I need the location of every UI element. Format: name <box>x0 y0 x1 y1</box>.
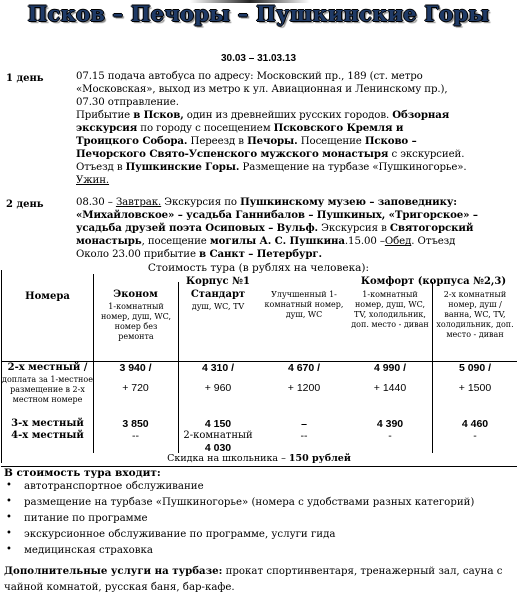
price-cell: 5 090 / <box>436 363 514 373</box>
price-cell: + 1200 <box>262 383 346 393</box>
day-2-program: 08.30 – Завтрак. Экскурсия по Пушкинском… <box>76 196 512 261</box>
bullet-icon: • <box>6 480 12 491</box>
day-1-label: 1 день <box>6 73 44 84</box>
day-2-label: 2 день <box>6 199 44 210</box>
program-line: Печорского Свято-Успенского мужского мон… <box>76 148 512 161</box>
row-label-quad: 4-х местный <box>2 431 93 441</box>
program-text: в Псков, <box>133 109 183 121</box>
pricing-title: Стоимость тура (в рублях на человека): <box>0 262 517 274</box>
included-item-text: размещение на турбазе «Пушкиногорье» (но… <box>24 497 474 508</box>
standard-desc: душ, WC, TV <box>178 302 258 312</box>
program-text: по городу с посещением <box>137 123 274 134</box>
program-line: усадьба друзей поэта Осиповых – Вульф. Э… <box>76 222 512 235</box>
price-cell: 4 030 <box>178 443 258 453</box>
included-item-text: автотранспортное обслуживание <box>24 481 204 492</box>
program-text: «Михайловское» – усадьба Ганнибалов – Пу… <box>76 209 478 221</box>
program-text: 07.30 отправление. <box>76 97 179 108</box>
program-text: Ужин. <box>76 175 109 186</box>
included-item: •медицинская страховка <box>0 545 474 561</box>
price-cell: 3 850 <box>93 419 178 429</box>
price-cell: 4 310 / <box>178 363 258 373</box>
header-standard: Стандарт <box>178 290 258 300</box>
program-line: Прибытие в Псков, один из древнейших рус… <box>76 109 512 122</box>
program-text: .15.00 – <box>345 236 385 247</box>
discount-value: 150 рублей <box>289 453 351 464</box>
included-item-text: питание по программе <box>24 513 148 524</box>
program-text: Пушкинские Горы. <box>126 161 240 173</box>
program-text: усадьба друзей поэта Осиповых – Вульф. <box>76 222 318 234</box>
price-cell: + 1500 <box>436 383 514 393</box>
price-cell: 4 150 <box>178 419 258 429</box>
row-label-single-supplement: доплата за 1-местное размещение в 2-х ме… <box>2 375 93 405</box>
pricing-table: Номера Корпус №1 Комфорт (корпуса №2,3) … <box>0 274 517 467</box>
program-text: Около 23.00 прибытие <box>76 249 199 260</box>
program-text: с экскурсией. <box>388 149 464 160</box>
header-komfort: Комфорт (корпуса №2,3) <box>350 277 517 287</box>
price-cell: – <box>262 419 346 429</box>
bullet-icon: • <box>6 512 12 523</box>
price-cell: + 720 <box>93 383 178 393</box>
program-line: 07.30 отправление. <box>76 96 512 109</box>
tour-dates: 30.03 – 31.03.13 <box>0 53 517 64</box>
header-econom: Эконом <box>93 290 178 300</box>
program-text: могилы А. С. Пушкина <box>210 235 345 247</box>
included-item: •автотранспортное обслуживание <box>0 481 474 497</box>
price-cell: - <box>350 431 430 441</box>
program-line: «Михайловское» – усадьба Ганнибалов – Пу… <box>76 209 512 222</box>
program-line: Отъезд в Пушкинские Горы. Размещение на … <box>76 161 512 174</box>
extra-services: Дополнительные услуги на турбазе: прокат… <box>4 563 504 596</box>
discount-prefix: Скидка на школьника – <box>167 453 289 464</box>
program-text: 07.15 подача автобуса по адресу: Московс… <box>76 71 423 82</box>
price-cell: -- <box>93 431 178 441</box>
included-item: •экскурсионное обслуживание по программе… <box>0 529 474 545</box>
price-cell: - <box>436 431 514 441</box>
price-cell: 4 670 / <box>262 363 346 373</box>
program-text: Обзорная <box>392 109 449 121</box>
price-cell: 3 940 / <box>93 363 178 373</box>
program-line: Около 23.00 прибытие в Санкт – Петербург… <box>76 248 512 261</box>
day-1-program: 07.15 подача автобуса по адресу: Московс… <box>76 70 512 187</box>
program-text: Обед <box>385 236 411 247</box>
program-text: Размещение на турбазе «Пушкиногорье». <box>239 162 466 173</box>
row-label-triple: 3-х местный <box>2 419 93 429</box>
program-text: «Московская», выход из метро к ул. Авиац… <box>76 84 448 95</box>
bullet-icon: • <box>6 544 12 555</box>
price-cell: + 1440 <box>350 383 430 393</box>
program-line: экскурсия по городу с посещением Псковск… <box>76 122 512 135</box>
included-item-text: медицинская страховка <box>24 545 153 556</box>
price-cell: 4 390 <box>350 419 430 429</box>
program-text: Печоры. <box>247 135 298 147</box>
program-text: . Отъезд <box>411 236 455 247</box>
program-text: Псково – <box>365 135 417 147</box>
program-text: Пушкинскому музею – заповеднику: <box>240 196 457 208</box>
program-text: Святогорский <box>390 222 473 234</box>
improved-desc: Улучшенный 1-комнатный номер, душ, WC <box>262 290 346 320</box>
title-bar: Псков – Печоры – Пушкинские Горы <box>0 0 517 26</box>
program-text: Прибытие <box>76 110 133 121</box>
program-text: Псковского Кремля и <box>274 122 404 134</box>
included-item: •питание по программе <box>0 513 474 529</box>
program-text: монастырь <box>76 235 142 247</box>
extra-services-label: Дополнительные услуги на турбазе: <box>4 565 222 577</box>
program-text: Экскурсия в <box>318 223 390 234</box>
price-cell: + 960 <box>178 383 258 393</box>
econom-desc: 1-комнатный номер, душ, WC, номер без ре… <box>97 302 175 342</box>
komfort1-desc: 1-комнатный номер, душ, WC, TV, холодиль… <box>350 290 430 330</box>
program-text: Завтрак. <box>116 197 161 208</box>
program-line: Троицкого Собора. Переезд в Печоры. Посе… <box>76 135 512 148</box>
program-line: Ужин. <box>76 174 512 187</box>
program-line: «Московская», выход из метро к ул. Авиац… <box>76 83 512 96</box>
included-title: В стоимость тура входит: <box>4 467 161 479</box>
header-korpus1: Корпус №1 <box>178 277 258 287</box>
bullet-icon: • <box>6 528 12 539</box>
included-item: •размещение на турбазе «Пушкиногорье» (н… <box>0 497 474 513</box>
program-text: 08.30 – <box>76 197 116 208</box>
komfort2-desc: 2-х комнатный номер, душ /ванна, WC, TV,… <box>436 290 514 340</box>
program-line: монастырь, посещение могилы А. С. Пушкин… <box>76 235 512 248</box>
program-text: экскурсия <box>76 122 137 134</box>
row-label-double: 2-х местный / <box>2 363 93 373</box>
program-line: 08.30 – Завтрак. Экскурсия по Пушкинском… <box>76 196 512 209</box>
included-list: •автотранспортное обслуживание•размещени… <box>0 481 474 561</box>
program-text: Печорского Свято-Успенского мужского мон… <box>76 148 388 160</box>
price-cell: 4 990 / <box>350 363 430 373</box>
included-item-text: экскурсионное обслуживание по программе,… <box>24 529 335 540</box>
program-text: один из древнейших русских городов. <box>184 110 393 121</box>
program-text: , посещение <box>142 236 210 247</box>
bullet-icon: • <box>6 496 12 507</box>
program-line: 07.15 подача автобуса по адресу: Московс… <box>76 70 512 83</box>
discount-note: Скидка на школьника – 150 рублей <box>1 454 517 464</box>
program-text: Переезд в <box>187 136 247 147</box>
price-cell: 2-комнатный <box>178 431 258 441</box>
program-text: Экскурсия по <box>161 197 240 208</box>
page-title: Псков – Печоры – Пушкинские Горы <box>0 1 517 26</box>
header-rooms: Номера <box>2 292 93 302</box>
price-cell: 4 460 <box>436 419 514 429</box>
program-text: в Санкт – Петербург. <box>199 248 322 260</box>
price-cell: -- <box>262 431 346 441</box>
program-text: Отъезд в <box>76 162 126 173</box>
program-text: Посещение <box>298 136 365 147</box>
program-text: Троицкого Собора. <box>76 135 187 147</box>
